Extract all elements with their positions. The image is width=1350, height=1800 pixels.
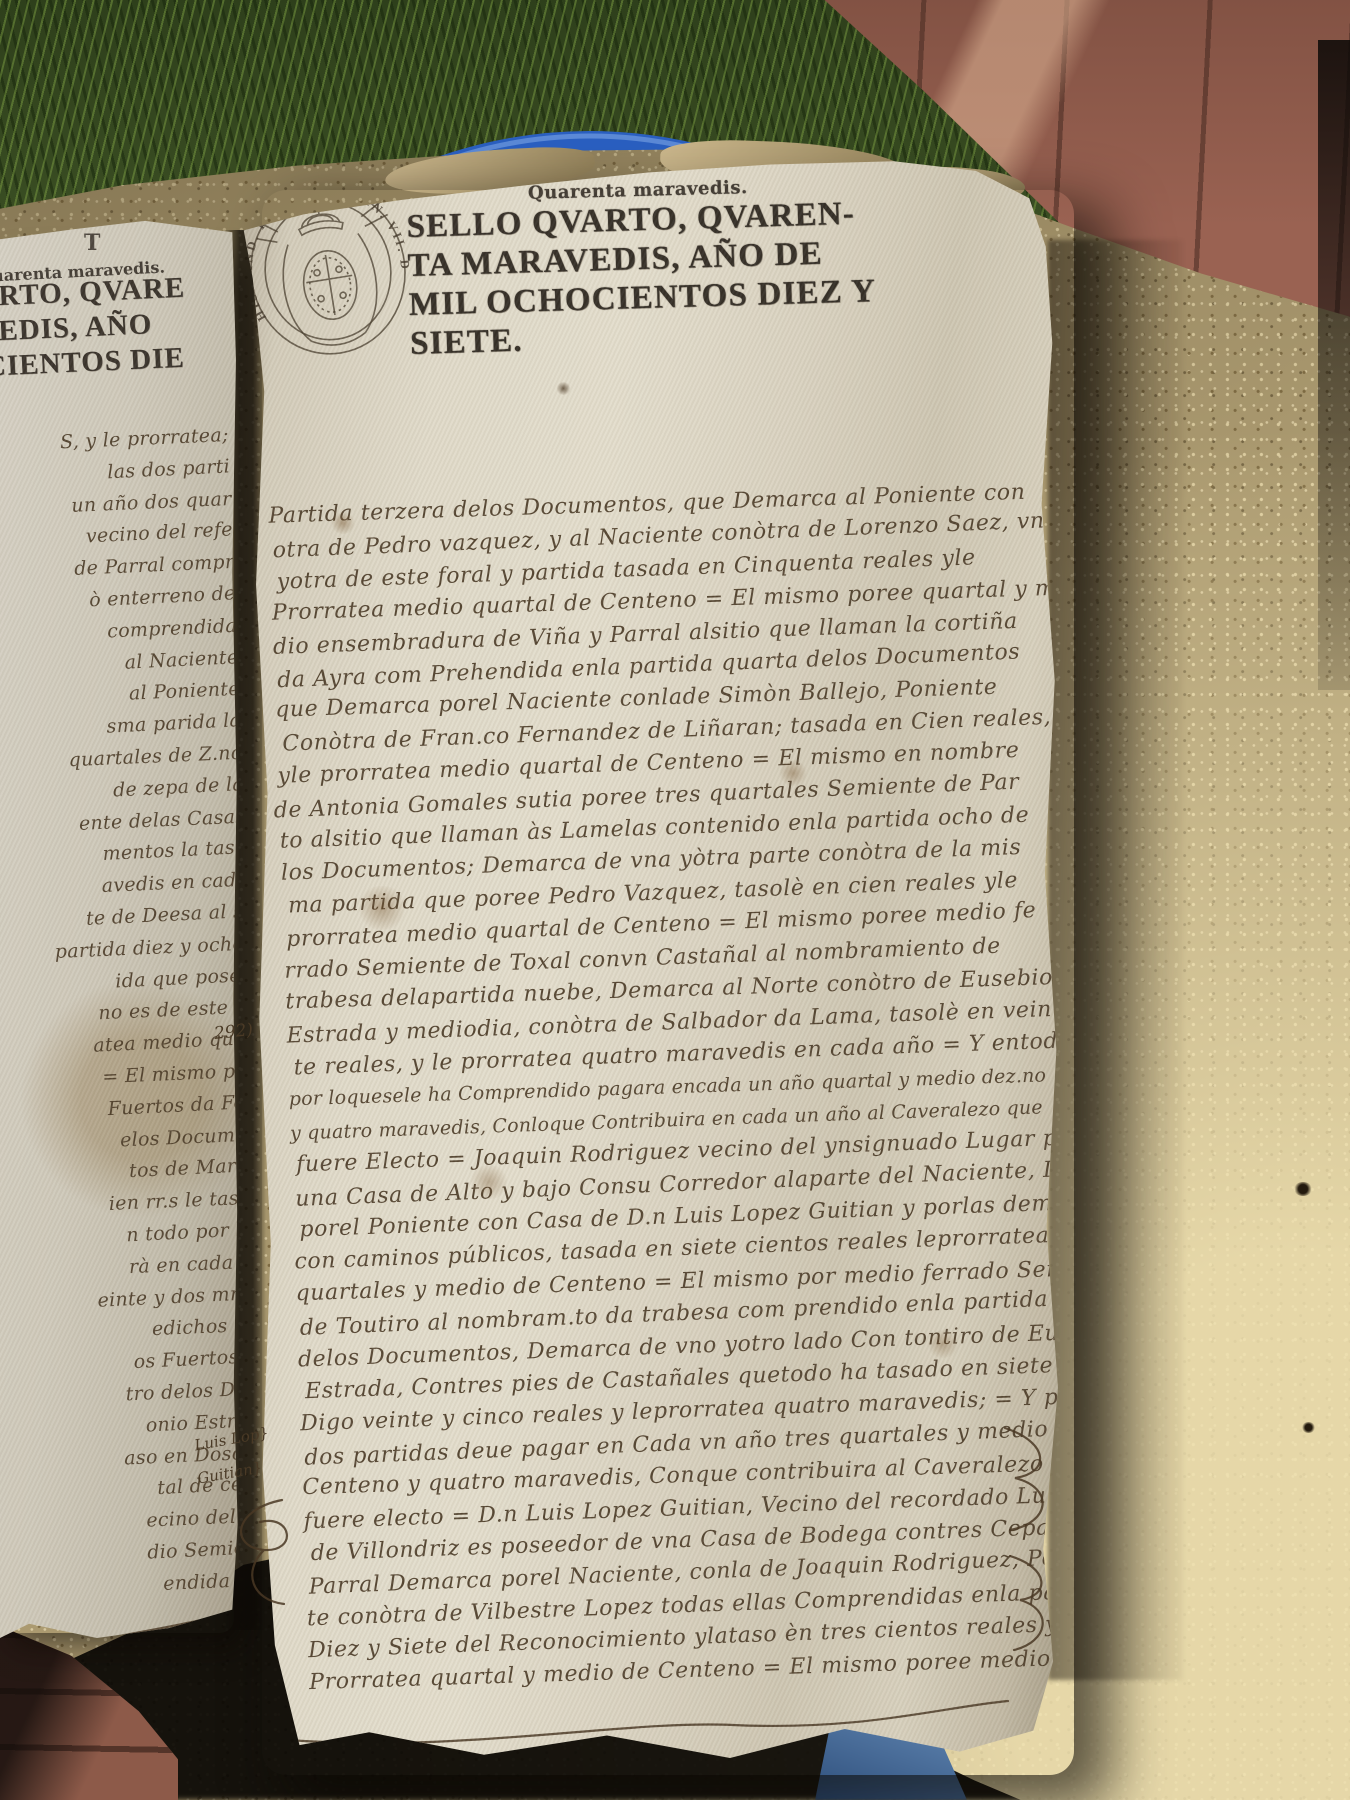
handwritten-body-text: Partida terzera delos Documentos, que De… bbox=[268, 475, 1079, 1700]
left-page: T uarenta maravedis. QVARTO, QVARERAVEDI… bbox=[0, 218, 242, 1638]
edge-ink-flourish bbox=[995, 1418, 1065, 1540]
right-page: Quarenta maravedis. SELLO QVARTO, QVAREN… bbox=[238, 150, 1058, 1758]
board-knot-hole bbox=[1294, 1182, 1312, 1196]
left-page-print-fragment: T bbox=[84, 230, 100, 256]
board-edge-shadow bbox=[1318, 40, 1350, 690]
printed-heading-line: HOCIENTOS DIE bbox=[0, 341, 189, 387]
left-page-printed-heading: QVARTO, QVARERAVEDIS, AÑOHOCIENTOS DIE bbox=[0, 271, 189, 387]
photo-of-1817-spanish-manuscript: T uarenta maravedis. QVARTO, QVARERAVEDI… bbox=[0, 0, 1350, 1800]
board-knot-hole bbox=[1302, 1422, 1315, 1433]
ink-blot bbox=[556, 382, 571, 395]
printed-heading: SELLO QVARTO, QVAREN-TA MARAVEDIS, AÑO D… bbox=[406, 189, 1050, 364]
edge-ink-flourish bbox=[1002, 1548, 1062, 1658]
margin-ink-swirl bbox=[212, 1492, 312, 1617]
margin-note-number: 292) bbox=[213, 1020, 254, 1044]
